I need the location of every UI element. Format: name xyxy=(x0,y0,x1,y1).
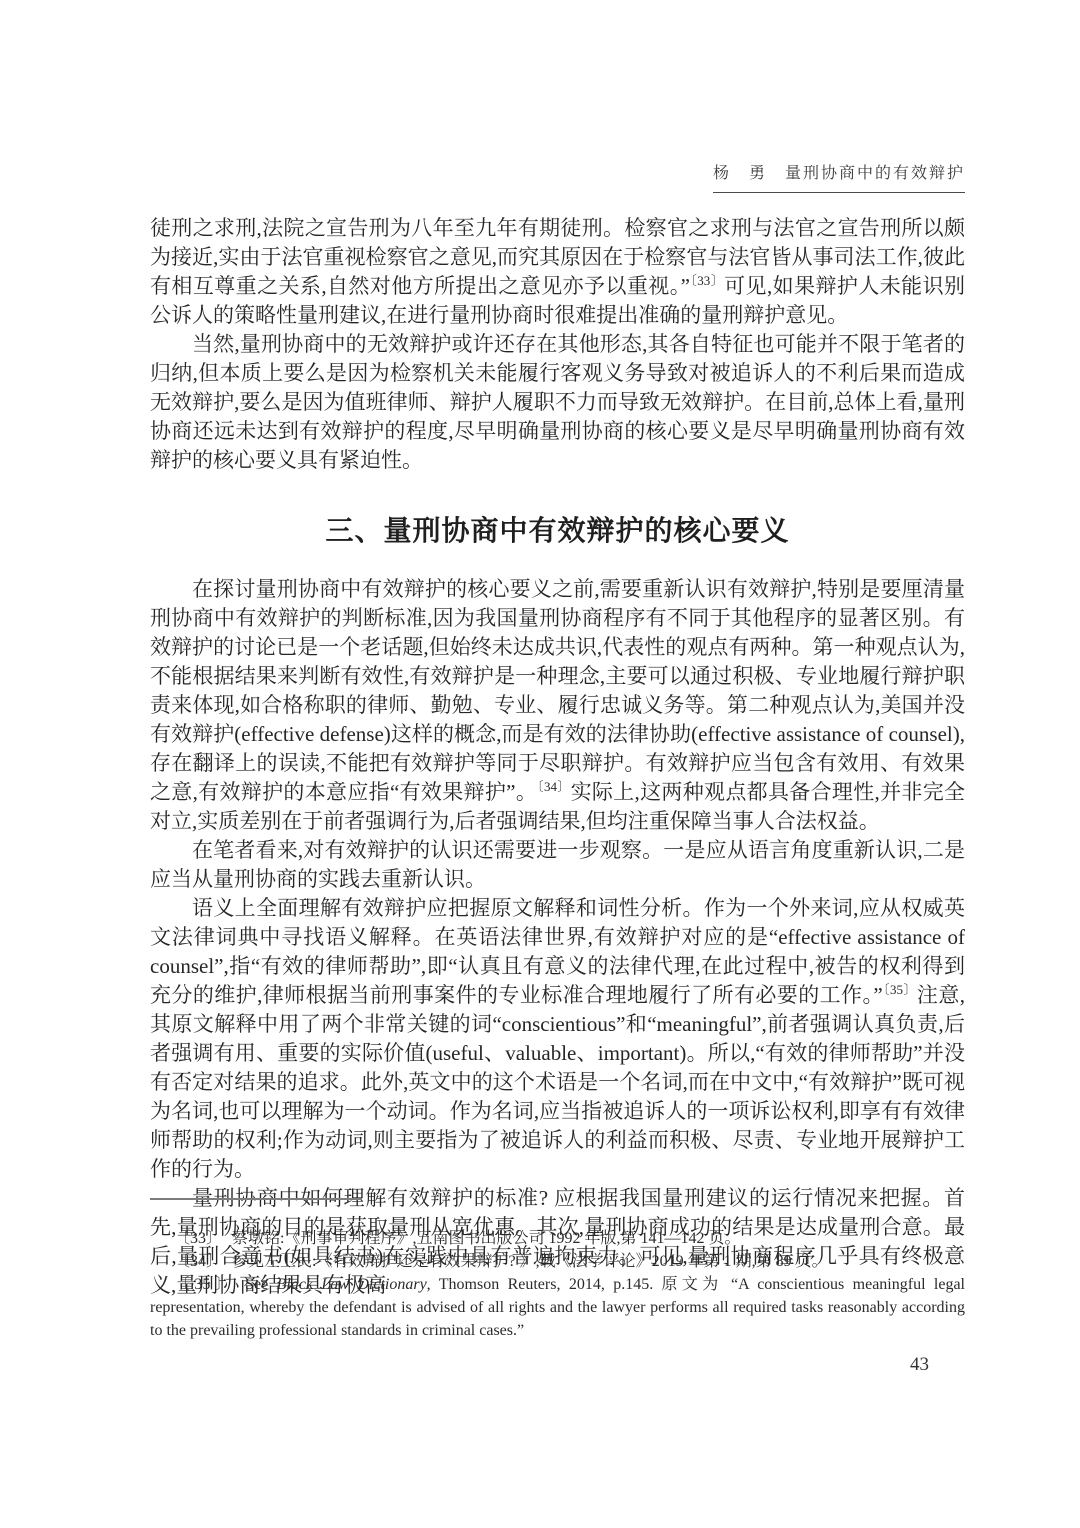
text-run: 在笔者看来,对有效辩护的认识还需要进一步观察。一是应从语言角度重新认识,二是应当… xyxy=(150,838,965,891)
text-run: Black Law Dictionary xyxy=(277,1276,427,1293)
section-heading: 三、量刑协商中有效辩护的核心要义 xyxy=(150,515,965,549)
journal-page: 杨 勇 量刑协商中的有效辩护 徒刑之求刑,法院之宣告刑为八年至九年有期徒刑。检察… xyxy=(0,0,1080,1528)
footnote-list: 〔33〕蔡墩铭:《刑事审判程序》,五南图书出版公司 1992 年版,第 141—… xyxy=(150,1227,965,1342)
footnote-item: 〔33〕蔡墩铭:《刑事审判程序》,五南图书出版公司 1992 年版,第 141—… xyxy=(150,1227,965,1250)
text-run: 在探讨量刑协商中有效辩护的核心要义之前,需要重新认识有效辩护,特别是要厘清量刑协… xyxy=(150,577,965,804)
footnote-ref: 〔34〕 xyxy=(537,779,570,794)
body-paragraphs: 徒刑之求刑,法院之宣告刑为八年至九年有期徒刑。检察官之求刑与法官之宣告刑所以颇为… xyxy=(150,214,965,1300)
footnotes-section: 〔33〕蔡墩铭:《刑事审判程序》,五南图书出版公司 1992 年版,第 141—… xyxy=(150,1198,965,1342)
footnote-ref: 〔35〕 xyxy=(883,982,917,997)
body-paragraph: 语义上全面理解有效辩护应把握原文解释和词性分析。作为一个外来词,应从权威英文法律… xyxy=(150,894,965,1184)
running-header-text: 杨 勇 量刑协商中的有效辩护 xyxy=(713,160,965,193)
running-header: 杨 勇 量刑协商中的有效辩护 xyxy=(150,160,965,193)
footnote-marker: 〔34〕 xyxy=(174,1253,222,1270)
body-paragraph: 当然,量刑协商中的无效辩护或许还存在其他形态,其各自特征也可能并不限于笔者的归纳… xyxy=(150,330,965,475)
footnote-separator xyxy=(150,1198,362,1200)
footnote-marker: 〔35〕 xyxy=(174,1276,235,1293)
body-paragraph: 在探讨量刑协商中有效辩护的核心要义之前,需要重新认识有效辩护,特别是要厘清量刑协… xyxy=(150,575,965,836)
footnote-ref: 〔33〕 xyxy=(690,273,724,288)
body-paragraph: 徒刑之求刑,法院之宣告刑为八年至九年有期徒刑。检察官之求刑与法官之宣告刑所以颇为… xyxy=(150,214,965,330)
text-run: See xyxy=(245,1276,276,1293)
text-run: 参见左卫民:《有效辩护还是有效果辩护? 》,载《法学评论》2019 年第 1 期… xyxy=(232,1253,828,1270)
text-run: 当然,量刑协商中的无效辩护或许还存在其他形态,其各自特征也可能并不限于笔者的归纳… xyxy=(150,332,965,472)
footnote-item: 〔35〕See Black Law Dictionary, Thomson Re… xyxy=(150,1273,965,1342)
text-run: 注意,其原文解释中用了两个非常关键的词“conscientious”和“mean… xyxy=(150,983,965,1181)
text-run: 蔡墩铭:《刑事审判程序》,五南图书出版公司 1992 年版,第 141—142 … xyxy=(232,1230,740,1247)
text-run: 语义上全面理解有效辩护应把握原文解释和词性分析。作为一个外来词,应从权威英文法律… xyxy=(150,896,965,1007)
footnote-marker: 〔33〕 xyxy=(174,1230,222,1247)
page-number: 43 xyxy=(150,1354,965,1376)
footnote-item: 〔34〕参见左卫民:《有效辩护还是有效果辩护? 》,载《法学评论》2019 年第… xyxy=(150,1250,965,1273)
article-body: 徒刑之求刑,法院之宣告刑为八年至九年有期徒刑。检察官之求刑与法官之宣告刑所以颇为… xyxy=(150,214,965,1300)
body-paragraph: 在笔者看来,对有效辩护的认识还需要进一步观察。一是应从语言角度重新认识,二是应当… xyxy=(150,836,965,894)
